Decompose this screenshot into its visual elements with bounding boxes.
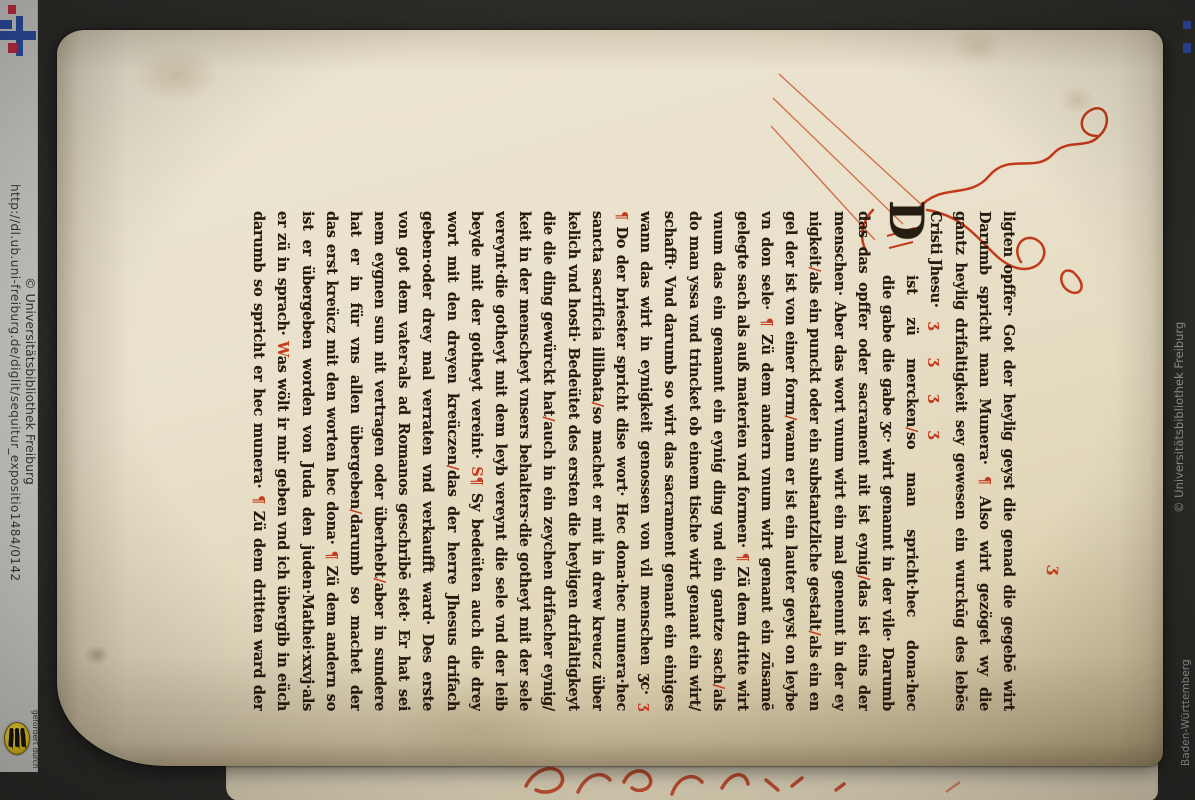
- manuscript-line: ligten opffer· Got der heylig geyst die …: [996, 211, 1020, 711]
- manuscript-line: ist zü mercken/so man spricht·hec dona·h…: [899, 211, 923, 711]
- manuscript-line: gel der ist von einer form/wann er ist e…: [778, 211, 802, 711]
- manuscript-line: menschen· Aber das wort vnum wirt ein ma…: [827, 211, 851, 711]
- manuscript-line: geben·oder drey mal verraten vnd verkauf…: [415, 211, 439, 711]
- persistent-url-label: http://dl.ub.uni-freiburg.de/diglit/sequ…: [8, 184, 22, 581]
- manuscript-line: von got dem vater·als ad Romanos geschri…: [391, 211, 415, 711]
- funding-label: gefördert durch: [31, 710, 40, 769]
- rotated-page-content: D ʒ ligten opffer· Got der heylig geyst …: [57, 30, 1163, 766]
- manuscript-line: schafft· Vnd darumb so wirt das sacramen…: [657, 211, 681, 711]
- manuscript-line: vnum das ein genannt ein eynig ding vnd …: [706, 211, 730, 711]
- registration-mark-blue-right-1: [1183, 21, 1191, 29]
- manuscript-line: gelegte sach als auß materien vnd formen…: [730, 211, 754, 711]
- manuscript-line: das erst kreücz mit den worten hec dona·…: [319, 211, 343, 711]
- manuscript-line: nem eygnen sun nit vertragen oder überhe…: [367, 211, 391, 711]
- manuscript-line: das das opffer oder sacrament nit ist ey…: [851, 211, 875, 711]
- rubric-squiggle-ornament: ʒ: [1045, 565, 1065, 577]
- manuscript-line: die die ding gewürckt hat/auch in ein ze…: [536, 211, 560, 711]
- manuscript-lines: ligten opffer· Got der heylig geyst die …: [246, 211, 1020, 711]
- digitized-manuscript-scan: D ʒ ligten opffer· Got der heylig geyst …: [0, 0, 1195, 800]
- registration-mark-blue-long: [0, 31, 36, 40]
- funding-region-label: Baden-Württemberg: [1180, 659, 1192, 766]
- manuscript-line: gantz heylig drifaltigkeit sey gewesen e…: [947, 211, 971, 711]
- manuscript-line: keit in der menscheyt vnsers behalters·d…: [512, 211, 536, 711]
- manuscript-line: die gabe die gabe ʒc· wirt genannt in de…: [875, 211, 899, 711]
- copyright-label-left: © Universitätsbibliothek Freiburg: [23, 277, 38, 485]
- manuscript-line: do man yssa vnd trincket ob einem tische…: [681, 211, 705, 711]
- baden-wuerttemberg-crest-logo: [4, 722, 30, 755]
- manuscript-line: ist er übergeben worden von Juda den jud…: [294, 211, 318, 711]
- manuscript-line: wann das wirt in eynigkeit genossen von …: [633, 211, 657, 711]
- manuscript-line: beyde mit der gotheyt vereint· S¶ Sy bed…: [464, 211, 488, 711]
- scan-ruler-left: http://dl.ub.uni-freiburg.de/diglit/sequ…: [0, 0, 38, 772]
- manuscript-line: Darumb spricht man Munera· ¶ Also wirt g…: [972, 211, 996, 711]
- manuscript-line: vn don sele· ¶ Zü dem andern vnum wirt g…: [754, 211, 778, 711]
- registration-mark-blue-short: [0, 20, 12, 29]
- manuscript-line: nigkeit/als ein punckt oder ein substant…: [802, 211, 826, 711]
- manuscript-line: hat er in für vns allen übergeben/darumb…: [343, 211, 367, 711]
- registration-mark-blue-right-2: [1183, 43, 1191, 53]
- manuscript-line: darumb so spricht er hec munera· ¶ Zü de…: [246, 211, 270, 711]
- manuscript-line: ¶ Do der briester spricht dise wort· Hec…: [609, 211, 633, 711]
- manuscript-line: vereynt·die gotheyt mit dem leyb vereynt…: [488, 211, 512, 711]
- manuscript-line: kelich vnd hosti· Bedeütet des ersten di…: [560, 211, 584, 711]
- registration-mark-red-bottom: [8, 43, 17, 53]
- copyright-label-right: © Universitätsbibliothek Freiburg: [1172, 322, 1186, 513]
- manuscript-line: er zü in sprach· Was wölt ir mir geben v…: [270, 211, 294, 711]
- manuscript-line: Cristi Jhesu· ʒ ʒ ʒ ʒ: [923, 211, 947, 711]
- registration-mark-red-top: [8, 5, 16, 14]
- manuscript-line: wort mit den dreyen kreüczen/das der her…: [440, 211, 464, 711]
- manuscript-line: sancta sacrificia illibata/so machet er …: [585, 211, 609, 711]
